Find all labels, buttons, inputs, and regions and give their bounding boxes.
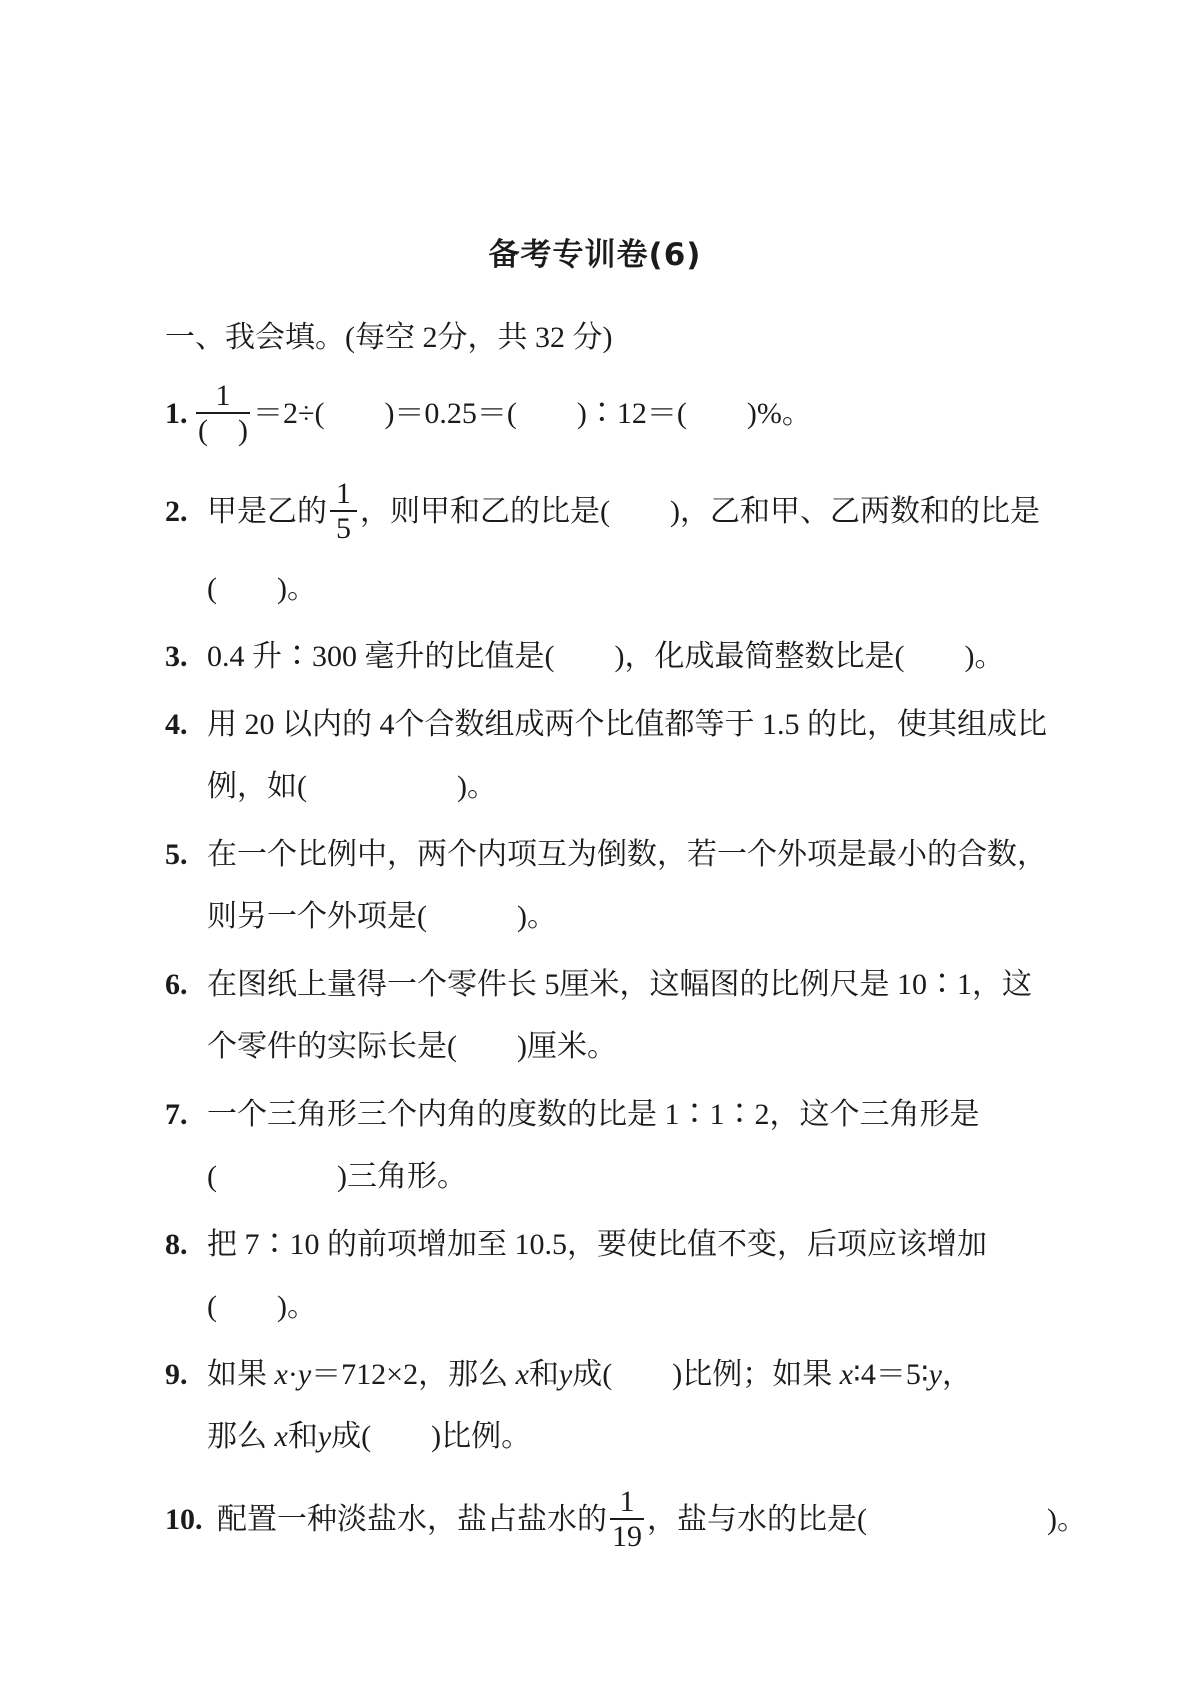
fraction-numerator: 1 [610, 1485, 644, 1521]
question-10-body: 配置一种淡盐水，盐占盐水的119，盐与水的比是( )。 [217, 1474, 1150, 1566]
variable-x: x [516, 1358, 529, 1391]
question-text: ，则甲和乙的比是( )，乙和甲、乙两数和的比是 [360, 495, 1040, 528]
question-10-line-1: 配置一种淡盐水，盐占盐水的119，盐与水的比是( )。 [217, 1474, 1150, 1566]
question-1-line-1: 1( )＝2÷( )＝0.25＝( )∶12＝( )%。 [193, 368, 1150, 460]
fraction-numerator: 1 [196, 379, 250, 415]
question-4-body: 用 20 以内的 4个合数组成两个比值都等于 1.5 的比，使其组成比 例，如(… [207, 694, 1150, 818]
question-text: 甲是乙的 [207, 495, 327, 528]
question-6: 6. 在图纸上量得一个零件长 5厘米，这幅图的比例尺是 10∶1，这 个零件的实… [165, 954, 1150, 1078]
question-text: 和 [288, 1420, 318, 1453]
question-7: 7. 一个三角形三个内角的度数的比是 1∶1∶2，这个三角形是 ( )三角形。 [165, 1084, 1150, 1208]
question-1-number: 1. [165, 368, 193, 460]
question-6-line-1: 在图纸上量得一个零件长 5厘米，这幅图的比例尺是 10∶1，这 [207, 954, 1150, 1016]
question-5-line-2: 则另一个外项是( )。 [207, 886, 1150, 948]
question-9-number: 9. [165, 1344, 207, 1468]
question-4-number: 4. [165, 694, 207, 818]
variable-x: x [840, 1358, 853, 1391]
variable-x: x [275, 1358, 288, 1391]
question-9: 9. 如果 x·y＝712×2，那么 x和y成( )比例；如果 x∶4＝5∶y，… [165, 1344, 1150, 1468]
question-8-line-2: ( )。 [207, 1276, 1150, 1338]
fraction: 1( ) [196, 379, 250, 448]
question-1: 1. 1( )＝2÷( )＝0.25＝( )∶12＝( )%。 [165, 368, 1150, 460]
question-text: ＝712×2，那么 [311, 1358, 515, 1391]
question-7-number: 7. [165, 1084, 207, 1208]
question-6-line-2: 个零件的实际长是( )厘米。 [207, 1016, 1150, 1078]
question-4-line-1: 用 20 以内的 4个合数组成两个比值都等于 1.5 的比，使其组成比 [207, 694, 1150, 756]
question-3-number: 3. [165, 626, 207, 688]
question-3-line-1: 0.4 升∶300 毫升的比值是( )，化成最简整数比是( )。 [207, 626, 1150, 688]
worksheet-content: 一、我会填。(每空 2分，共 32 分) 1. 1( )＝2÷( )＝0.25＝… [165, 318, 1150, 1566]
fraction-denominator-blank: ( ) [196, 414, 250, 448]
section-heading: 一、我会填。(每空 2分，共 32 分) [165, 318, 1150, 358]
question-2-body: 甲是乙的15，则甲和乙的比是( )，乙和甲、乙两数和的比是 ( )。 [207, 466, 1150, 620]
question-4: 4. 用 20 以内的 4个合数组成两个比值都等于 1.5 的比，使其组成比 例… [165, 694, 1150, 818]
question-10: 10. 配置一种淡盐水，盐占盐水的119，盐与水的比是( )。 [165, 1474, 1150, 1566]
question-1-body: 1( )＝2÷( )＝0.25＝( )∶12＝( )%。 [193, 368, 1150, 460]
question-7-body: 一个三角形三个内角的度数的比是 1∶1∶2，这个三角形是 ( )三角形。 [207, 1084, 1150, 1208]
question-7-line-1: 一个三角形三个内角的度数的比是 1∶1∶2，这个三角形是 [207, 1084, 1150, 1146]
question-text: 成( )比例。 [331, 1420, 531, 1453]
question-3-body: 0.4 升∶300 毫升的比值是( )，化成最简整数比是( )。 [207, 626, 1150, 688]
question-8-number: 8. [165, 1214, 207, 1338]
question-text: ∶4＝5∶ [853, 1358, 929, 1391]
variable-y: y [318, 1420, 331, 1453]
question-8-line-1: 把 7∶10 的前项增加至 10.5，要使比值不变，后项应该增加 [207, 1214, 1150, 1276]
fraction: 15 [330, 477, 357, 546]
fraction-denominator: 5 [330, 512, 357, 546]
question-text: 如果 [207, 1358, 275, 1391]
question-3: 3. 0.4 升∶300 毫升的比值是( )，化成最简整数比是( )。 [165, 626, 1150, 688]
variable-y: y [298, 1358, 311, 1391]
question-9-line-2: 那么 x和y成( )比例。 [207, 1406, 1150, 1468]
fraction-numerator: 1 [330, 477, 357, 513]
variable-y: y [929, 1358, 942, 1391]
question-5: 5. 在一个比例中，两个内项互为倒数，若一个外项是最小的合数， 则另一个外项是(… [165, 824, 1150, 948]
question-9-body: 如果 x·y＝712×2，那么 x和y成( )比例；如果 x∶4＝5∶y， 那么… [207, 1344, 1150, 1468]
question-text: 那么 [207, 1420, 275, 1453]
question-text: 配置一种淡盐水，盐占盐水的 [217, 1503, 607, 1536]
question-2-line-2: ( )。 [207, 558, 1150, 620]
question-text: ， [942, 1358, 972, 1391]
question-2: 2. 甲是乙的15，则甲和乙的比是( )，乙和甲、乙两数和的比是 ( )。 [165, 466, 1150, 620]
variable-x: x [275, 1420, 288, 1453]
question-5-body: 在一个比例中，两个内项互为倒数，若一个外项是最小的合数， 则另一个外项是( )。 [207, 824, 1150, 948]
fraction-denominator: 19 [610, 1520, 644, 1554]
question-5-number: 5. [165, 824, 207, 948]
question-text: ，盐与水的比是( )。 [647, 1503, 1087, 1536]
question-8-body: 把 7∶10 的前项增加至 10.5，要使比值不变，后项应该增加 ( )。 [207, 1214, 1150, 1338]
question-text: 成( )比例；如果 [572, 1358, 839, 1391]
question-6-body: 在图纸上量得一个零件长 5厘米，这幅图的比例尺是 10∶1，这 个零件的实际长是… [207, 954, 1150, 1078]
question-8: 8. 把 7∶10 的前项增加至 10.5，要使比值不变，后项应该增加 ( )。 [165, 1214, 1150, 1338]
question-text: ＝2÷( )＝0.25＝( )∶12＝( )%。 [253, 397, 812, 430]
page-title: 备考专训卷(6) [0, 238, 1190, 272]
question-10-number: 10. [165, 1474, 217, 1566]
question-2-number: 2. [165, 466, 207, 620]
worksheet-page: 备考专训卷(6) 一、我会填。(每空 2分，共 32 分) 1. 1( )＝2÷… [0, 0, 1190, 1682]
question-5-line-1: 在一个比例中，两个内项互为倒数，若一个外项是最小的合数， [207, 824, 1150, 886]
fraction: 119 [610, 1485, 644, 1554]
variable-y: y [559, 1358, 572, 1391]
question-7-line-2: ( )三角形。 [207, 1146, 1150, 1208]
question-2-line-1: 甲是乙的15，则甲和乙的比是( )，乙和甲、乙两数和的比是 [207, 466, 1150, 558]
question-text: 和 [529, 1358, 559, 1391]
question-4-line-2: 例，如( )。 [207, 756, 1150, 818]
question-9-line-1: 如果 x·y＝712×2，那么 x和y成( )比例；如果 x∶4＝5∶y， [207, 1344, 1150, 1406]
multiplication-dot: · [288, 1358, 298, 1391]
question-6-number: 6. [165, 954, 207, 1078]
